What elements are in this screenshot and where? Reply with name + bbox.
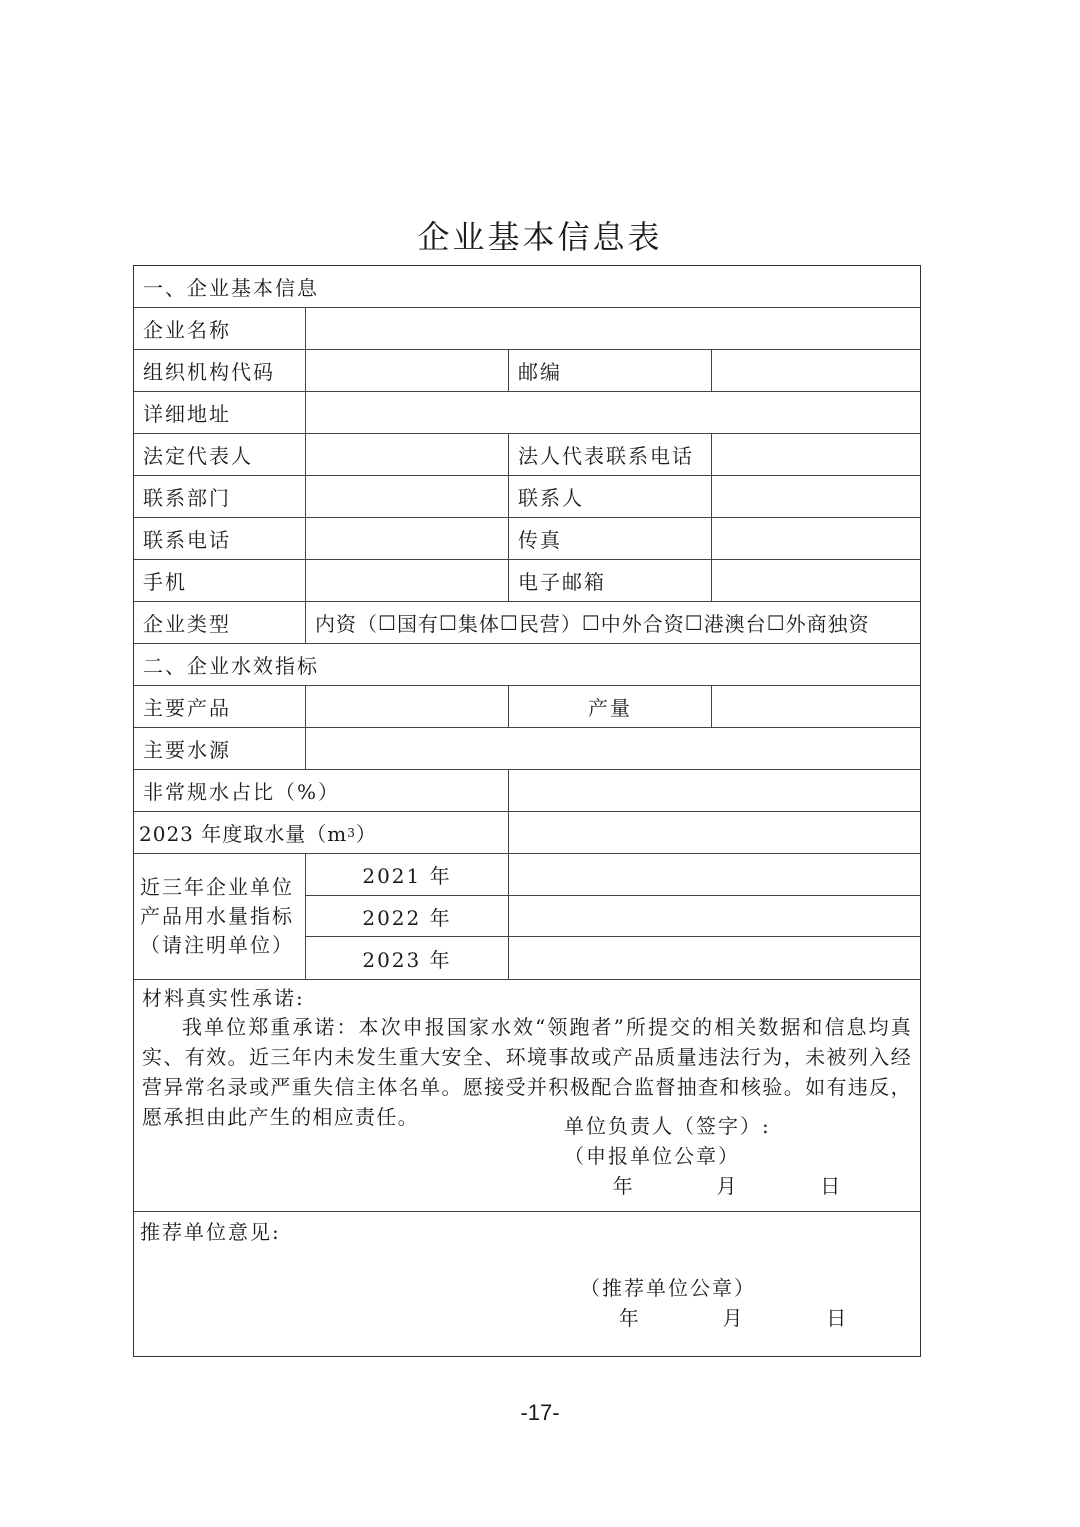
water-intake-label-close: ） bbox=[356, 818, 377, 847]
checkbox-hk-macao-tw[interactable]: ☐ bbox=[685, 611, 704, 635]
unit-water-index-label: 近三年企业单位 产品用水量指标 （请注明单位） bbox=[134, 854, 306, 979]
year-rows: 2021 年 2022 年 2023 年 bbox=[306, 854, 920, 979]
section2-heading: 二、企业水效指标 bbox=[134, 644, 920, 685]
email-field[interactable] bbox=[712, 560, 920, 601]
company-type-options: 内资（ ☐ 国有 ☐ 集体 ☐ 民营 ） ☐ 中外合资 ☐ 港澳台 ☐ 外商独资 bbox=[306, 602, 920, 643]
section1-heading-row: 一、企业基本信息 bbox=[134, 266, 920, 308]
checkbox-state-owned[interactable]: ☐ bbox=[378, 611, 397, 635]
contact-person-label: 联系人 bbox=[509, 476, 712, 517]
water-intake-label-text: 2023 年度取水量（m bbox=[139, 818, 347, 847]
mobile-label: 手机 bbox=[134, 560, 306, 601]
page-title: 企业基本信息表 bbox=[0, 212, 1080, 258]
recommendation-heading: 推荐单位意见: bbox=[140, 1216, 914, 1245]
recommendation-opinion[interactable]: 推荐单位意见: （推荐单位公章） 年 月 日 bbox=[134, 1212, 920, 1356]
company-name-field[interactable] bbox=[306, 308, 920, 349]
output-label: 产量 bbox=[509, 686, 712, 727]
pledge-signer[interactable]: 单位负责人（签字）: bbox=[564, 1110, 771, 1139]
unconventional-ratio-field[interactable] bbox=[509, 770, 920, 811]
company-type-row: 企业类型 内资（ ☐ 国有 ☐ 集体 ☐ 民营 ） ☐ 中外合资 ☐ 港澳台 ☐… bbox=[134, 602, 920, 644]
foreign-owned-label: 外商独资 bbox=[786, 608, 870, 637]
water-intake-label: 2023 年度取水量（m3） bbox=[134, 812, 509, 853]
water-source-row: 主要水源 bbox=[134, 728, 920, 770]
contact-phone-field[interactable] bbox=[306, 518, 509, 559]
domestic-prefix: 内资（ bbox=[315, 608, 378, 637]
hk-macao-tw-label: 港澳台 bbox=[704, 608, 767, 637]
company-name-label: 企业名称 bbox=[134, 308, 306, 349]
year-row-2023: 2023 年 bbox=[306, 937, 920, 979]
contact-phone-row: 联系电话 传真 bbox=[134, 518, 920, 560]
mobile-field[interactable] bbox=[306, 560, 509, 601]
section2-heading-row: 二、企业水效指标 bbox=[134, 644, 920, 686]
legal-rep-row: 法定代表人 法人代表联系电话 bbox=[134, 434, 920, 476]
recommendation-date[interactable]: 年 月 日 bbox=[586, 1302, 848, 1331]
year-row-2021: 2021 年 bbox=[306, 854, 920, 896]
main-product-field[interactable] bbox=[306, 686, 509, 727]
unit-water-index-block: 近三年企业单位 产品用水量指标 （请注明单位） 2021 年 2022 年 20… bbox=[134, 854, 920, 980]
collective-label: 集体 bbox=[458, 608, 500, 637]
org-code-row: 组织机构代码 邮编 bbox=[134, 350, 920, 392]
contact-person-field[interactable] bbox=[712, 476, 920, 517]
mobile-row: 手机 电子邮箱 bbox=[134, 560, 920, 602]
legal-rep-phone-field[interactable] bbox=[712, 434, 920, 475]
contact-phone-label: 联系电话 bbox=[134, 518, 306, 559]
year-field-2021[interactable] bbox=[509, 854, 920, 895]
address-field[interactable] bbox=[306, 392, 920, 433]
enterprise-info-form: 一、企业基本信息 企业名称 组织机构代码 邮编 详细地址 法定代表人 法人代表联… bbox=[133, 265, 921, 1357]
year-field-2023[interactable] bbox=[509, 937, 920, 979]
checkbox-sino-foreign[interactable]: ☐ bbox=[582, 611, 601, 635]
private-label: 民营 bbox=[519, 608, 561, 637]
section1-heading: 一、企业基本信息 bbox=[134, 266, 920, 307]
water-intake-field[interactable] bbox=[509, 812, 920, 853]
pledge-date[interactable]: 年 月 日 bbox=[580, 1170, 842, 1199]
legal-rep-label: 法定代表人 bbox=[134, 434, 306, 475]
email-label: 电子邮箱 bbox=[509, 560, 712, 601]
org-code-field[interactable] bbox=[306, 350, 509, 391]
page-number: -17- bbox=[0, 1400, 1080, 1426]
recommendation-seal: （推荐单位公章） bbox=[580, 1272, 756, 1301]
year-label-2023: 2023 年 bbox=[306, 937, 509, 979]
unconventional-ratio-row: 非常规水占比（%） bbox=[134, 770, 920, 812]
company-name-row: 企业名称 bbox=[134, 308, 920, 350]
contact-dept-row: 联系部门 联系人 bbox=[134, 476, 920, 518]
year-label-2022: 2022 年 bbox=[306, 896, 509, 937]
postcode-label: 邮编 bbox=[509, 350, 712, 391]
org-code-label: 组织机构代码 bbox=[134, 350, 306, 391]
unit-water-label-line1: 近三年企业单位 bbox=[140, 873, 305, 902]
contact-dept-label: 联系部门 bbox=[134, 476, 306, 517]
legal-rep-phone-label: 法人代表联系电话 bbox=[509, 434, 712, 475]
address-row: 详细地址 bbox=[134, 392, 920, 434]
water-source-field[interactable] bbox=[306, 728, 920, 769]
sino-foreign-label: 中外合资 bbox=[601, 608, 685, 637]
unconventional-ratio-label: 非常规水占比（%） bbox=[134, 770, 509, 811]
checkbox-private[interactable]: ☐ bbox=[500, 611, 519, 635]
authenticity-pledge: 材料真实性承诺: 我单位郑重承诺：本次申报国家水效“领跑者”所提交的相关数据和信… bbox=[134, 980, 920, 1212]
year-row-2022: 2022 年 bbox=[306, 896, 920, 938]
unit-water-label-line3: （请注明单位） bbox=[140, 931, 305, 960]
legal-rep-field[interactable] bbox=[306, 434, 509, 475]
domestic-close-paren: ） bbox=[561, 608, 582, 637]
year-field-2022[interactable] bbox=[509, 896, 920, 937]
contact-dept-field[interactable] bbox=[306, 476, 509, 517]
address-label: 详细地址 bbox=[134, 392, 306, 433]
pledge-heading: 材料真实性承诺: bbox=[142, 984, 912, 1012]
main-product-label: 主要产品 bbox=[134, 686, 306, 727]
fax-label: 传真 bbox=[509, 518, 712, 559]
fax-field[interactable] bbox=[712, 518, 920, 559]
unit-water-label-line2: 产品用水量指标 bbox=[140, 902, 305, 931]
checkbox-collective[interactable]: ☐ bbox=[439, 611, 458, 635]
water-source-label: 主要水源 bbox=[134, 728, 306, 769]
checkbox-foreign-owned[interactable]: ☐ bbox=[767, 611, 786, 635]
cubic-superscript: 3 bbox=[347, 826, 356, 840]
pledge-body: 我单位郑重承诺：本次申报国家水效“领跑者”所提交的相关数据和信息均真实、有效。近… bbox=[142, 1012, 912, 1132]
pledge-seal: （申报单位公章） bbox=[564, 1140, 740, 1169]
year-label-2021: 2021 年 bbox=[306, 854, 509, 895]
output-field[interactable] bbox=[712, 686, 920, 727]
postcode-field[interactable] bbox=[712, 350, 920, 391]
state-owned-label: 国有 bbox=[397, 608, 439, 637]
water-intake-row: 2023 年度取水量（m3） bbox=[134, 812, 920, 854]
company-type-label: 企业类型 bbox=[134, 602, 306, 643]
main-product-row: 主要产品 产量 bbox=[134, 686, 920, 728]
